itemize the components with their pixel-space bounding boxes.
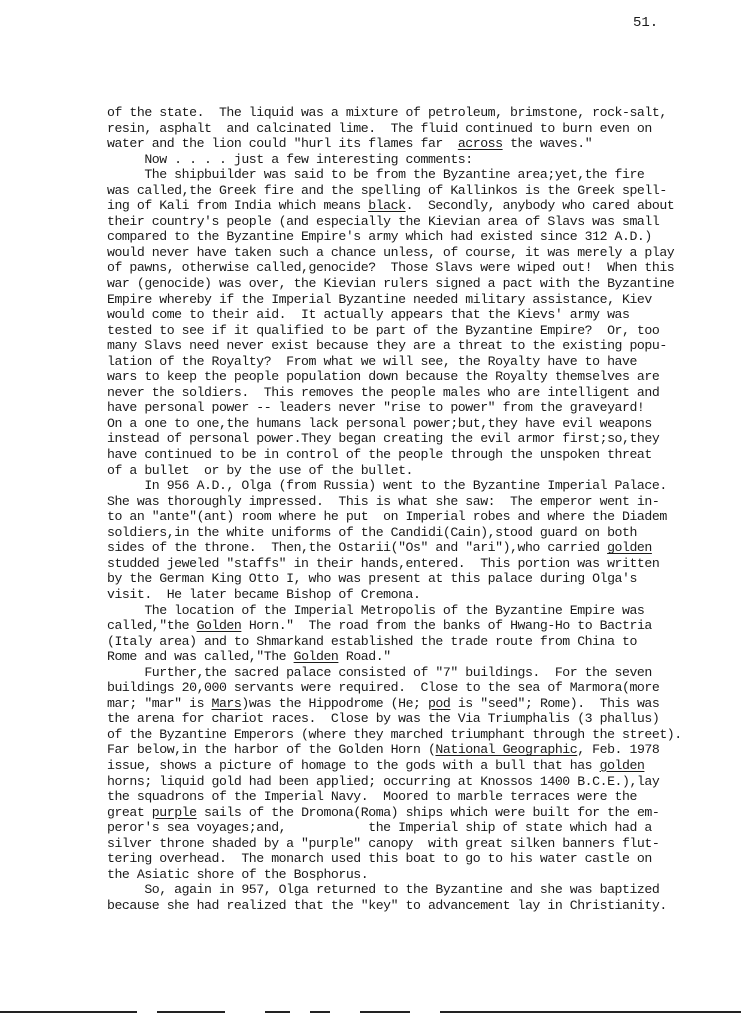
text-run: tested to see if it qualified to be part… [107,323,659,338]
text-run: tering overhead. The monarch used this b… [107,851,652,866]
text-run: (Italy area) and to Shmarkand establishe… [107,634,637,649]
text-run: would come to their aid. It actually app… [107,307,629,322]
text-run: visit. He later became Bishop of Cremona… [107,587,420,602]
text-line: was called,the Greek fire and the spelli… [107,183,667,199]
text-run: sides of the throne. Then,the Ostarii("O… [107,540,607,555]
text-line: tering overhead. The monarch used this b… [107,851,667,867]
text-run: of pawns, otherwise called,genocide? Tho… [107,260,674,275]
text-line: ing of Kali from India which means black… [107,198,667,214]
text-run: war (genocide) was over, the Kievian rul… [107,276,674,291]
text-line: the arena for chariot races. Close by wa… [107,711,667,727]
text-run: In 956 A.D., Olga (from Russia) went to … [107,478,667,493]
text-line: Further,the sacred palace consisted of "… [107,665,667,681]
text-line: because she had realized that the "key" … [107,898,667,914]
text-line: sides of the throne. Then,the Ostarii("O… [107,540,667,556]
text-line: buildings 20,000 servants were required.… [107,680,667,696]
text-run: sails of the Dromona(Roma) ships which w… [197,805,660,820]
text-run: water and the lion could "hurl its flame… [107,136,458,151]
text-line: Empire whereby if the Imperial Byzantine… [107,292,667,308]
text-run: because she had realized that the "key" … [107,898,667,913]
text-run: would never have taken such a chance unl… [107,245,674,260]
text-run: issue, shows a picture of homage to the … [107,758,600,773]
text-run: The shipbuilder was said to be from the … [107,167,644,182]
text-line: visit. He later became Bishop of Cremona… [107,587,667,603]
text-run: peror's sea voyages;and, the Imperial sh… [107,820,652,835]
text-line: have personal power -- leaders never "ri… [107,400,667,416]
text-run: is "seed"; Rome). This was [450,696,659,711]
text-run: She was thoroughly impressed. This is wh… [107,494,659,509]
underlined-word: across [458,136,503,151]
underlined-word: National Geographic [435,742,577,757]
text-line: lation of the Royalty? From what we will… [107,354,667,370]
text-run: their country's people (and especially t… [107,214,659,229]
underlined-word: Mars [212,696,242,711]
text-run: compared to the Byzantine Empire's army … [107,229,652,244]
underlined-word: black [368,198,405,213]
text-run: have continued to be in control of the p… [107,447,652,462]
text-line: Rome and was called,"The Golden Road." [107,649,667,665]
text-line: tested to see if it qualified to be part… [107,323,667,339]
text-line: issue, shows a picture of homage to the … [107,758,667,774]
text-run: horns; liquid gold had been applied; occ… [107,774,659,789]
text-run: resin, asphalt and calcinated lime. The … [107,121,652,136]
text-run: On a one to one,the humans lack personal… [107,416,652,431]
page-number: 51. [633,15,658,31]
text-line: would never have taken such a chance unl… [107,245,667,261]
text-run: So, again in 957, Olga returned to the B… [107,882,659,897]
text-line: compared to the Byzantine Empire's army … [107,229,667,245]
text-line: of the state. The liquid was a mixture o… [107,105,667,121]
text-line: Far below,in the harbor of the Golden Ho… [107,742,667,758]
text-line: of the Byzantine Emperors (where they ma… [107,727,667,743]
text-line: by the German King Otto I, who was prese… [107,571,667,587]
text-run: Empire whereby if the Imperial Byzantine… [107,292,652,307]
text-run: buildings 20,000 servants were required.… [107,680,659,695]
text-run: wars to keep the people population down … [107,369,659,384]
text-line: In 956 A.D., Olga (from Russia) went to … [107,478,667,494]
text-run: Horn." The road from the banks of Hwang-… [241,618,652,633]
text-line: The location of the Imperial Metropolis … [107,603,667,619]
text-run: mar; "mar" is [107,696,212,711]
underlined-word: Golden [294,649,339,664]
text-run: many Slavs need never exist because they… [107,338,667,353]
text-run: have personal power -- leaders never "ri… [107,400,644,415]
text-run: great [107,805,152,820]
text-run: the Asiatic shore of the Bosphorus. [107,867,368,882]
text-line: many Slavs need never exist because they… [107,338,667,354]
text-line: On a one to one,the humans lack personal… [107,416,667,432]
body-text: of the state. The liquid was a mixture o… [107,105,667,913]
text-run: Now . . . . just a few interesting comme… [107,152,473,167]
text-line: wars to keep the people population down … [107,369,667,385]
text-run: . Secondly, anybody who cared about [406,198,675,213]
underlined-word: golden [607,540,652,555]
underlined-word: Golden [197,618,242,633]
text-line: horns; liquid gold had been applied; occ… [107,774,667,790]
text-line: She was thoroughly impressed. This is wh… [107,494,667,510]
text-line: their country's people (and especially t… [107,214,667,230]
text-run: studded jeweled "staffs" in their hands,… [107,556,659,571]
text-run: Rome and was called,"The [107,649,294,664]
text-run: soldiers,in the white uniforms of the Ca… [107,525,637,540]
text-run: lation of the Royalty? From what we will… [107,354,637,369]
text-line: silver throne shaded by a "purple" canop… [107,836,667,852]
underlined-word: golden [600,758,645,773]
text-line: would come to their aid. It actually app… [107,307,667,323]
text-line: The shipbuilder was said to be from the … [107,167,667,183]
text-run: of the Byzantine Emperors (where they ma… [107,727,682,742]
text-run: of the state. The liquid was a mixture o… [107,105,667,120]
text-line: soldiers,in the white uniforms of the Ca… [107,525,667,541]
text-line: water and the lion could "hurl its flame… [107,136,667,152]
text-run: was called,the Greek fire and the spelli… [107,183,667,198]
text-run: instead of personal power.They began cre… [107,431,659,446]
text-line: of pawns, otherwise called,genocide? Tho… [107,260,667,276]
text-run: The location of the Imperial Metropolis … [107,603,644,618]
text-run: silver throne shaded by a "purple" canop… [107,836,659,851]
text-line: the Asiatic shore of the Bosphorus. [107,867,667,883]
text-run: to an "ante"(ant) room where he put on I… [107,509,667,524]
text-line: to an "ante"(ant) room where he put on I… [107,509,667,525]
text-line: the squadrons of the Imperial Navy. Moor… [107,789,667,805]
text-line: called,"the Golden Horn." The road from … [107,618,667,634]
text-line: mar; "mar" is Mars)was the Hippodrome (H… [107,696,667,712]
underlined-word: purple [152,805,197,820]
text-line: of a bullet or by the use of the bullet. [107,463,667,479]
text-line: (Italy area) and to Shmarkand establishe… [107,634,667,650]
text-line: war (genocide) was over, the Kievian rul… [107,276,667,292]
text-run: ing of Kali from India which means [107,198,368,213]
text-run: )was the Hippodrome (He; [241,696,428,711]
text-run: the arena for chariot races. Close by wa… [107,711,659,726]
underlined-word: pod [428,696,450,711]
text-run: called,"the [107,618,197,633]
text-line: peror's sea voyages;and, the Imperial sh… [107,820,667,836]
page-bottom-edge-rule [0,1011,741,1013]
text-run: the waves." [503,136,593,151]
text-run: never the soldiers. This removes the peo… [107,385,659,400]
text-line: never the soldiers. This removes the peo… [107,385,667,401]
text-run: Road." [338,649,390,664]
text-line: have continued to be in control of the p… [107,447,667,463]
text-line: great purple sails of the Dromona(Roma) … [107,805,667,821]
text-line: instead of personal power.They began cre… [107,431,667,447]
text-line: So, again in 957, Olga returned to the B… [107,882,667,898]
text-run: of a bullet or by the use of the bullet. [107,463,413,478]
text-run: Far below,in the harbor of the Golden Ho… [107,742,435,757]
text-line: studded jeweled "staffs" in their hands,… [107,556,667,572]
text-run: Further,the sacred palace consisted of "… [107,665,652,680]
text-run: , Feb. 1978 [577,742,659,757]
text-line: resin, asphalt and calcinated lime. The … [107,121,667,137]
text-run: by the German King Otto I, who was prese… [107,571,637,586]
text-run: the squadrons of the Imperial Navy. Moor… [107,789,637,804]
text-line: Now . . . . just a few interesting comme… [107,152,667,168]
